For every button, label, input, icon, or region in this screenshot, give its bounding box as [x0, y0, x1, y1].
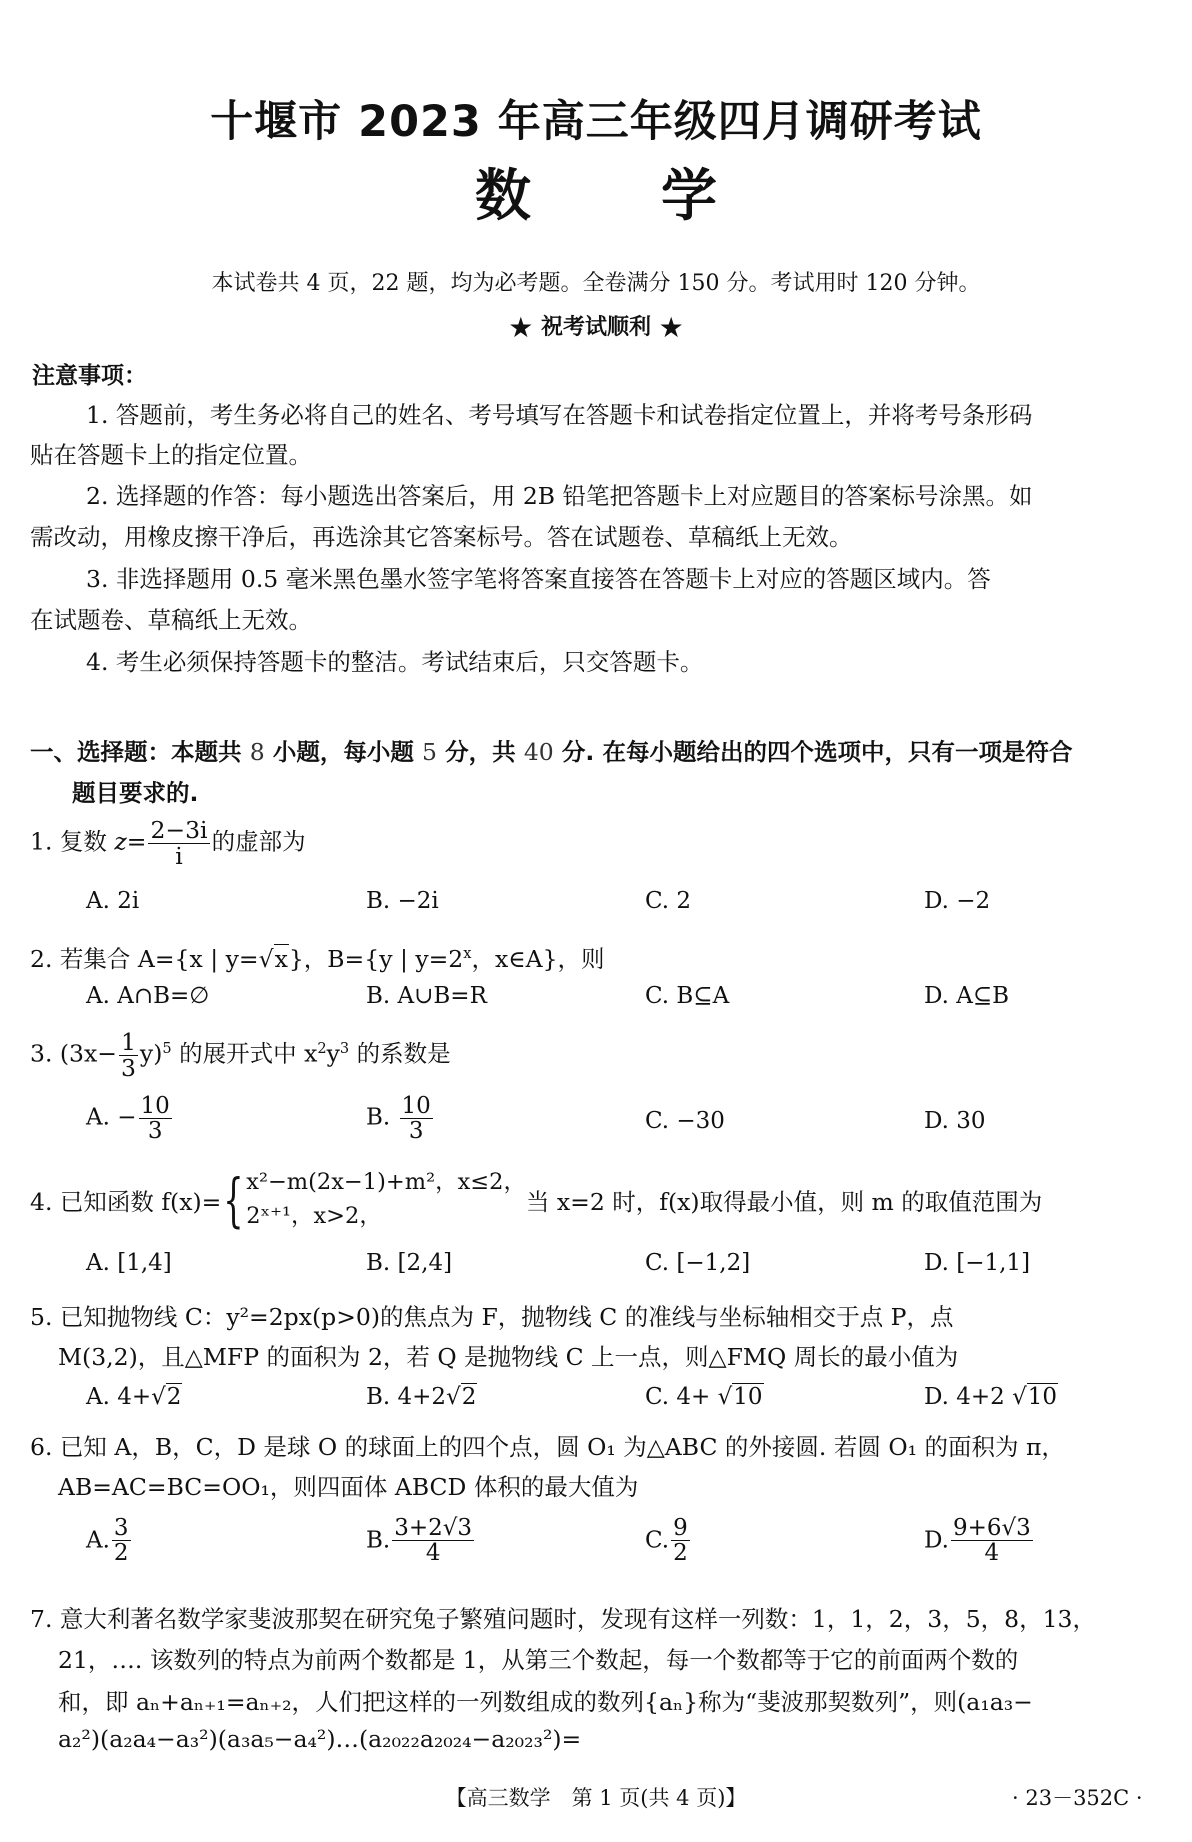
q5-option-c: C. 4+ √10 — [645, 1384, 764, 1410]
q6-option-c: C.92 — [645, 1516, 692, 1565]
question-5-line2: M(3,2)，且△MFP 的面积为 2，若 Q 是抛物线 C 上一点，则△FMQ… — [58, 1338, 958, 1372]
q5-option-b: B. 4+2√2 — [366, 1384, 477, 1410]
q5-option-d: D. 4+2 √10 — [924, 1384, 1058, 1410]
q2-option-a: A. A∩B=∅ — [86, 983, 209, 1009]
question-7-line3: 和，即 aₙ+aₙ₊₁=aₙ₊₂，人们把这样的一列数组成的数列{aₙ}称为“斐波… — [58, 1683, 1033, 1717]
fraction: 13 — [119, 1030, 138, 1080]
q1-option-b: B. −2i — [366, 888, 439, 914]
good-luck-text: 祝考试顺利 — [541, 315, 651, 340]
question-2: 2. 若集合 A={x | y=√x}，B={y | y=2x，x∈A}，则 — [30, 940, 605, 974]
question-4: 4. 已知函数 f(x)={x²−m(2x−1)+m²，x≤2，2ˣ⁺¹，x>2… — [30, 1166, 1042, 1234]
notice-item-1-line1: 1. 答题前，考生务必将自己的姓名、考号填写在答题卡和试卷指定位置上，并将考号条… — [86, 404, 1032, 428]
q4-option-a: A. [1,4] — [86, 1250, 172, 1276]
fraction: 2−3ii — [148, 818, 209, 868]
piecewise: x²−m(2x−1)+m²，x≤2，2ˣ⁺¹，x>2， — [246, 1166, 526, 1234]
exam-intro: 本试卷共 4 页，22 题，均为必考题。全卷满分 150 分。考试用时 120 … — [0, 266, 1192, 297]
notice-item-3-line1: 3. 非选择题用 0.5 毫米黑色墨水签字笔将答案直接答在答题卡上对应的答题区域… — [86, 568, 991, 592]
q3-option-c: C. −30 — [645, 1108, 725, 1134]
question-7-line4: a₂²)(a₂a₄−a₃²)(a₃a₅−a₄²)…(a₂₀₂₂a₂₀₂₄−a₂₀… — [58, 1725, 581, 1753]
question-6-line2: AB=AC=BC=OO₁，则四面体 ABCD 体积的最大值为 — [58, 1468, 638, 1502]
q6-option-b: B.3+2√34 — [366, 1516, 476, 1565]
q2-option-b: B. A∪B=R — [366, 983, 487, 1009]
q6-option-d: D.9+6√34 — [924, 1516, 1035, 1565]
notice-item-1-line2: 贴在答题卡上的指定位置。 — [30, 444, 312, 468]
question-3: 3. (3x−13y)5 的展开式中 x2y3 的系数是 — [30, 1030, 451, 1080]
star-icon: ★ — [659, 311, 684, 344]
q1-option-a: A. 2i — [86, 888, 139, 914]
q5-option-a: A. 4+√2 — [86, 1384, 182, 1410]
left-brace: { — [224, 1166, 244, 1234]
points-each: 5 — [422, 738, 437, 766]
q4-option-d: D. [−1,1] — [924, 1250, 1030, 1276]
subject-char-1: 数 — [475, 164, 531, 229]
q3-option-a: A. −103 — [86, 1094, 174, 1143]
section-1-heading-line2: 题目要求的. — [72, 774, 198, 808]
question-7-line2: 21，…. 该数列的特点为前两个数都是 1，从第三个数起，每一个数都等于它的前面… — [58, 1641, 1018, 1675]
question-6-line1: 6. 已知 A，B，C，D 是球 O 的球面上的四个点，圆 O₁ 为△ABC 的… — [30, 1428, 1065, 1462]
exam-title: 十堰市 2023 年高三年级四月调研考试 — [0, 88, 1192, 149]
exam-page: 十堰市 2023 年高三年级四月调研考试 数学 本试卷共 4 页，22 题，均为… — [0, 0, 1192, 1842]
paper-code: · 23－352C · — [1012, 1782, 1143, 1812]
q2-option-d: D. A⊆B — [924, 983, 1009, 1009]
question-count: 8 — [250, 738, 265, 766]
notice-item-2-line1: 2. 选择题的作答：每小题选出答案后，用 2B 铅笔把答题卡上对应题目的答案标号… — [86, 485, 1033, 509]
section-1-heading: 一、选择题：本题共 8 小题，每小题 5 分，共 40 分. 在每小题给出的四个… — [30, 733, 1073, 767]
question-5-line1: 5. 已知抛物线 C：y²=2px(p>0)的焦点为 F，抛物线 C 的准线与坐… — [30, 1298, 953, 1332]
q4-option-b: B. [2,4] — [366, 1250, 452, 1276]
subject-char-2: 学 — [661, 164, 717, 229]
q6-option-a: A.32 — [86, 1516, 133, 1565]
subject-title: 数学 — [0, 152, 1192, 232]
notice-item-3-line2: 在试题卷、草稿纸上无效。 — [30, 609, 312, 633]
notice-heading: 注意事项： — [32, 357, 147, 390]
q3-option-d: D. 30 — [924, 1108, 986, 1134]
q1-option-c: C. 2 — [645, 888, 691, 914]
notice-item-2-line2: 需改动，用橡皮擦干净后，再选涂其它答案标号。答在试题卷、草稿纸上无效。 — [30, 526, 853, 550]
good-luck-banner: ★ 祝考试顺利 ★ — [0, 310, 1192, 344]
question-1: 1. 复数 z=2−3ii的虚部为 — [30, 818, 306, 868]
star-icon: ★ — [508, 311, 533, 344]
q4-option-c: C. [−1,2] — [645, 1250, 750, 1276]
points-total: 40 — [524, 738, 554, 766]
question-7-line1: 7. 意大利著名数学家斐波那契在研究兔子繁殖问题时，发现有这样一列数：1，1，2… — [30, 1600, 1096, 1634]
q2-option-c: C. B⊆A — [645, 983, 729, 1009]
q1-option-d: D. −2 — [924, 888, 990, 914]
notice-item-4-line1: 4. 考生必须保持答题卡的整洁。考试结束后，只交答题卡。 — [86, 651, 703, 675]
q3-option-b: B. 103 — [366, 1094, 435, 1143]
